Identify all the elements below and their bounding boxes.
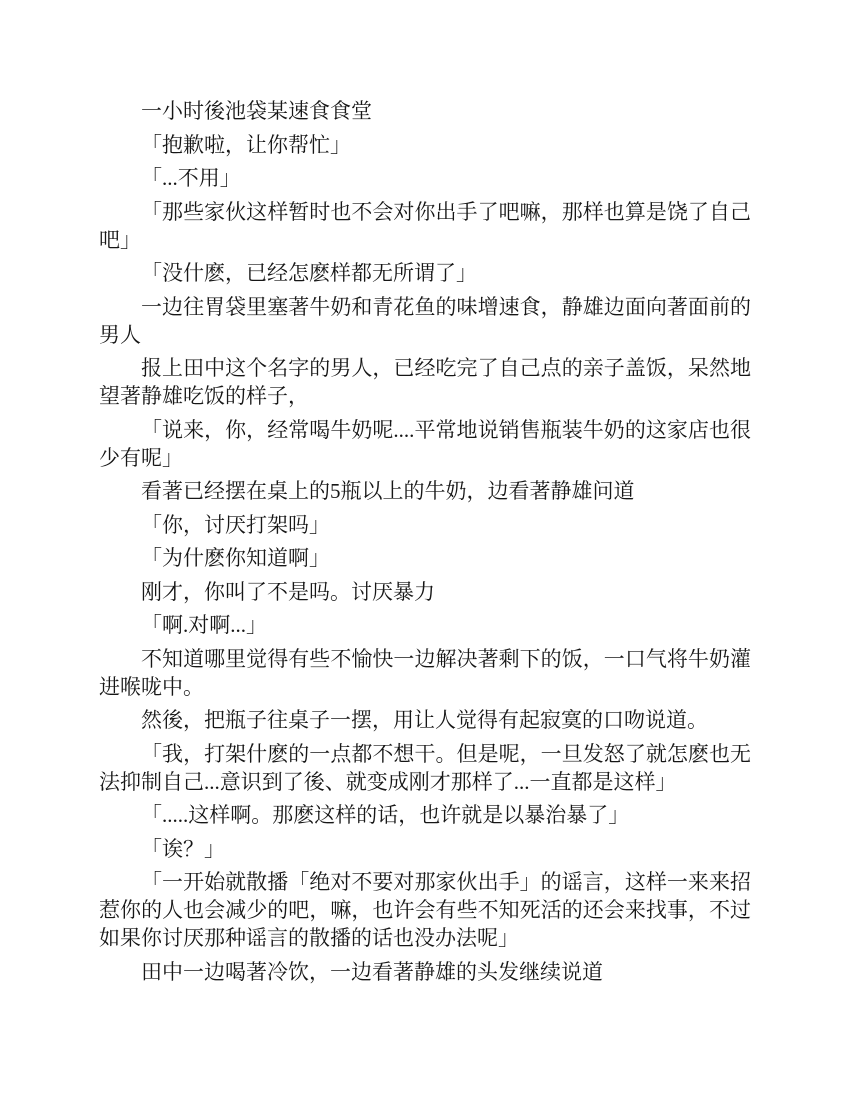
paragraph: 「没什麽，已经怎麽样都无所谓了」 [99, 259, 751, 287]
paragraph: 「啊.对啊...」 [99, 611, 751, 639]
document-page: 一小时後池袋某速食食堂 「抱歉啦，让你帮忙」 「...不用」 「那些家伙这样暂时… [0, 0, 850, 1100]
paragraph: 然後，把瓶子往桌子一摆，用让人觉得有起寂寞的口吻说道。 [99, 706, 751, 734]
paragraph: 一小时後池袋某速食食堂 [99, 97, 751, 125]
paragraph: 「那些家伙这样暂时也不会对你出手了吧嘛，那样也算是饶了自己吧」 [99, 198, 751, 254]
paragraph: 「为什麽你知道啊」 [99, 544, 751, 572]
paragraph: 「一开始就散播「绝对不要对那家伙出手」的谣言，这样一来来招惹你的人也会减少的吧，… [99, 868, 751, 952]
paragraph: 田中一边喝著冷饮，一边看著静雄的头发继续说道 [99, 958, 751, 986]
paragraph: 刚才，你叫了不是吗。讨厌暴力 [99, 578, 751, 606]
paragraph: 「...不用」 [99, 164, 751, 192]
paragraph: 「诶？」 [99, 835, 751, 863]
paragraph: 「抱歉啦，让你帮忙」 [99, 131, 751, 159]
paragraph: 「说来，你，经常喝牛奶呢....平常地说销售瓶装牛奶的这家店也很少有呢」 [99, 416, 751, 472]
paragraph: 「我，打架什麽的一点都不想干。但是呢，一旦发怒了就怎麽也无法抑制自己...意识到… [99, 740, 751, 796]
paragraph: 不知道哪里觉得有些不愉快一边解决著剩下的饭，一口气将牛奶灌进喉咙中。 [99, 645, 751, 701]
document-body: 一小时後池袋某速食食堂 「抱歉啦，让你帮忙」 「...不用」 「那些家伙这样暂时… [99, 97, 751, 986]
paragraph: 看著已经摆在桌上的5瓶以上的牛奶，边看著静雄问道 [99, 477, 751, 505]
paragraph: 报上田中这个名字的男人，已经吃完了自己点的亲子盖饭，呆然地望著静雄吃饭的样子， [99, 354, 751, 410]
paragraph: 「你，讨厌打架吗」 [99, 511, 751, 539]
paragraph: 「.....这样啊。那麽这样的话，也许就是以暴治暴了」 [99, 801, 751, 829]
paragraph: 一边往胃袋里塞著牛奶和青花鱼的味增速食，静雄边面向著面前的男人 [99, 293, 751, 349]
